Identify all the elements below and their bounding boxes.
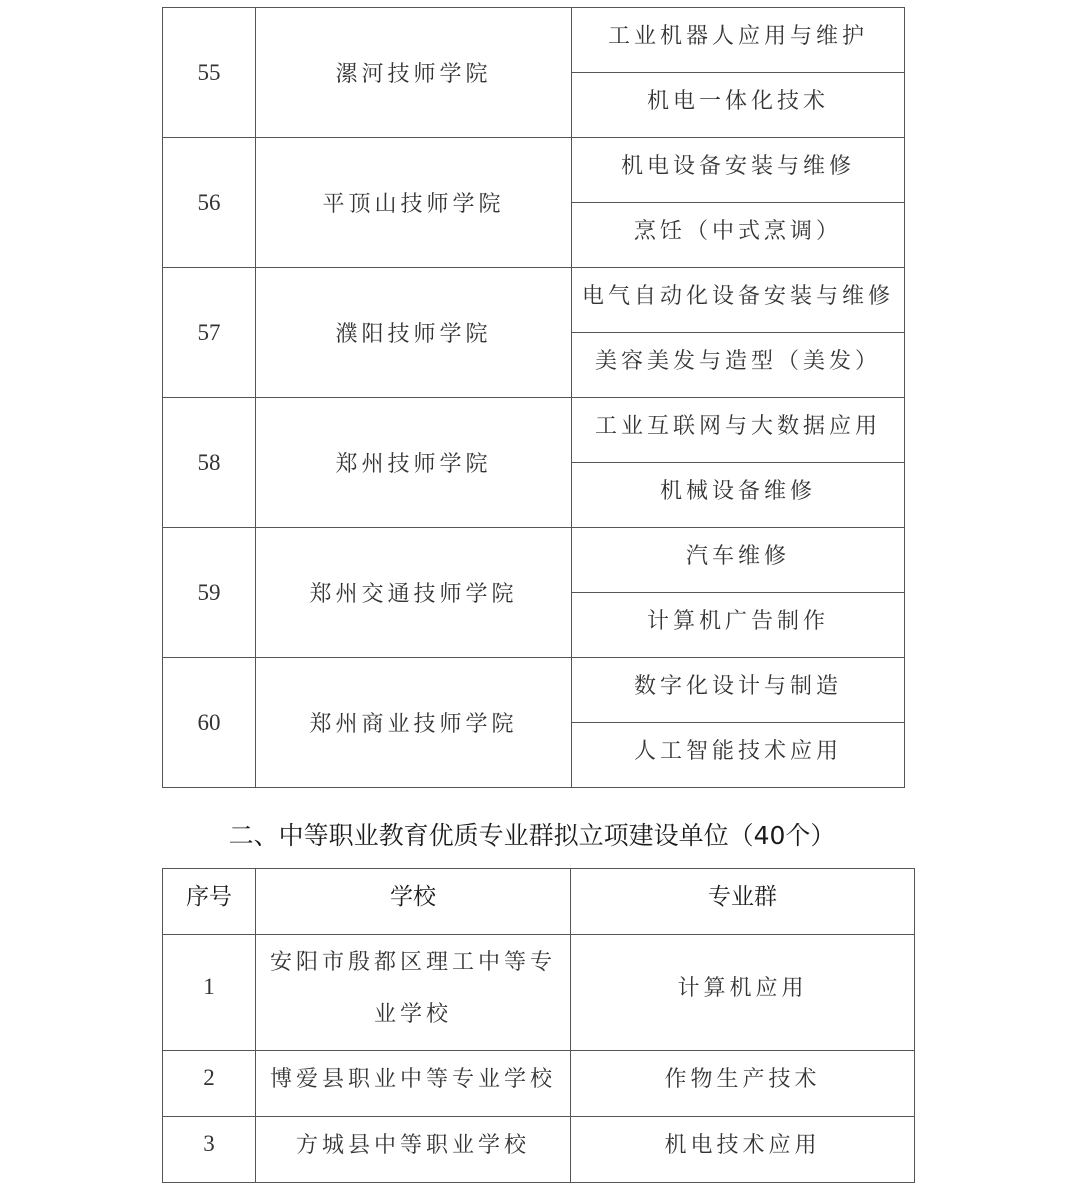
- vocational-major-group-table: 序号 学校 专业群 1 安阳市殷都区理工中等专业学校 计算机应用 2 博爱县职业…: [162, 868, 915, 1183]
- row-index: 1: [163, 935, 256, 1051]
- major-name: 人工智能技术应用: [572, 734, 904, 765]
- table-row: 1 安阳市殷都区理工中等专业学校 计算机应用: [163, 935, 915, 1051]
- major-name: 工业机器人应用与维护: [572, 19, 904, 50]
- school-name: 郑州商业技师学院: [256, 658, 572, 788]
- major-cell: 计算机广告制作: [572, 593, 905, 658]
- major-group: 作物生产技术: [571, 1051, 915, 1117]
- row-index: 57: [163, 268, 256, 398]
- major-cell: 机械设备维修: [572, 463, 905, 528]
- major-cell: 电气自动化设备安装与维修: [572, 268, 905, 333]
- technician-college-table: 55 漯河技师学院 工业机器人应用与维护 机电一体化技术 56 平顶山技师学院 …: [162, 7, 905, 788]
- row-index: 2: [163, 1051, 256, 1117]
- table-row: 59 郑州交通技师学院 汽车维修: [163, 528, 905, 593]
- major-cell: 烹饪（中式烹调）: [572, 203, 905, 268]
- header-index: 序号: [163, 869, 256, 935]
- major-group: 机电技术应用: [571, 1117, 915, 1183]
- major-group: 计算机应用: [571, 935, 915, 1051]
- school-name: 博爱县职业中等专业学校: [256, 1051, 571, 1117]
- school-name: 方城县中等职业学校: [256, 1117, 571, 1183]
- row-index: 3: [163, 1117, 256, 1183]
- table-row: 55 漯河技师学院 工业机器人应用与维护: [163, 8, 905, 73]
- school-name-value: 安阳市殷都区理工中等专业学校: [256, 937, 570, 1041]
- section-heading: 二、中等职业教育优质专业群拟立项建设单位（40个）: [0, 816, 1080, 852]
- major-name: 工业互联网与大数据应用: [572, 409, 904, 440]
- header-index-label: 序号: [163, 878, 255, 911]
- major-cell: 汽车维修: [572, 528, 905, 593]
- school-name: 平顶山技师学院: [256, 138, 572, 268]
- table-row: 3 方城县中等职业学校 机电技术应用: [163, 1117, 915, 1183]
- major-group-value: 机电技术应用: [571, 1128, 914, 1159]
- major-cell: 美容美发与造型（美发）: [572, 333, 905, 398]
- major-name: 烹饪（中式烹调）: [572, 214, 904, 245]
- table-row: 2 博爱县职业中等专业学校 作物生产技术: [163, 1051, 915, 1117]
- school-name-value: 博爱县职业中等专业学校: [256, 1062, 570, 1093]
- header-major-group-label: 专业群: [571, 878, 914, 911]
- major-name: 汽车维修: [572, 539, 904, 570]
- major-name: 数字化设计与制造: [572, 669, 904, 700]
- major-name: 电气自动化设备安装与维修: [572, 279, 904, 310]
- major-group-value: 作物生产技术: [571, 1062, 914, 1093]
- table-row: 58 郑州技师学院 工业互联网与大数据应用: [163, 398, 905, 463]
- row-index-value: 1: [163, 974, 255, 1000]
- header-major-group: 专业群: [571, 869, 915, 935]
- major-group-value: 计算机应用: [571, 971, 914, 1002]
- school-name: 安阳市殷都区理工中等专业学校: [256, 935, 571, 1051]
- major-name: 机电一体化技术: [572, 84, 904, 115]
- row-index: 59: [163, 528, 256, 658]
- major-cell: 机电设备安装与维修: [572, 138, 905, 203]
- major-name: 机电设备安装与维修: [572, 149, 904, 180]
- row-index: 60: [163, 658, 256, 788]
- table-row: 57 濮阳技师学院 电气自动化设备安装与维修: [163, 268, 905, 333]
- major-cell: 数字化设计与制造: [572, 658, 905, 723]
- major-cell: 工业互联网与大数据应用: [572, 398, 905, 463]
- school-name: 濮阳技师学院: [256, 268, 572, 398]
- major-cell: 人工智能技术应用: [572, 723, 905, 788]
- major-cell: 工业机器人应用与维护: [572, 8, 905, 73]
- header-school-label: 学校: [256, 878, 570, 911]
- major-name: 美容美发与造型（美发）: [572, 344, 904, 375]
- table-header-row: 序号 学校 专业群: [163, 869, 915, 935]
- row-index: 56: [163, 138, 256, 268]
- major-name: 机械设备维修: [572, 474, 904, 505]
- header-school: 学校: [256, 869, 571, 935]
- school-name: 漯河技师学院: [256, 8, 572, 138]
- major-cell: 机电一体化技术: [572, 73, 905, 138]
- school-name: 郑州交通技师学院: [256, 528, 572, 658]
- table-row: 60 郑州商业技师学院 数字化设计与制造: [163, 658, 905, 723]
- row-index: 58: [163, 398, 256, 528]
- table-row: 56 平顶山技师学院 机电设备安装与维修: [163, 138, 905, 203]
- school-name-value: 方城县中等职业学校: [256, 1128, 570, 1159]
- major-name: 计算机广告制作: [572, 604, 904, 635]
- school-name: 郑州技师学院: [256, 398, 572, 528]
- row-index: 55: [163, 8, 256, 138]
- row-index-value: 3: [163, 1131, 255, 1157]
- row-index-value: 2: [163, 1065, 255, 1091]
